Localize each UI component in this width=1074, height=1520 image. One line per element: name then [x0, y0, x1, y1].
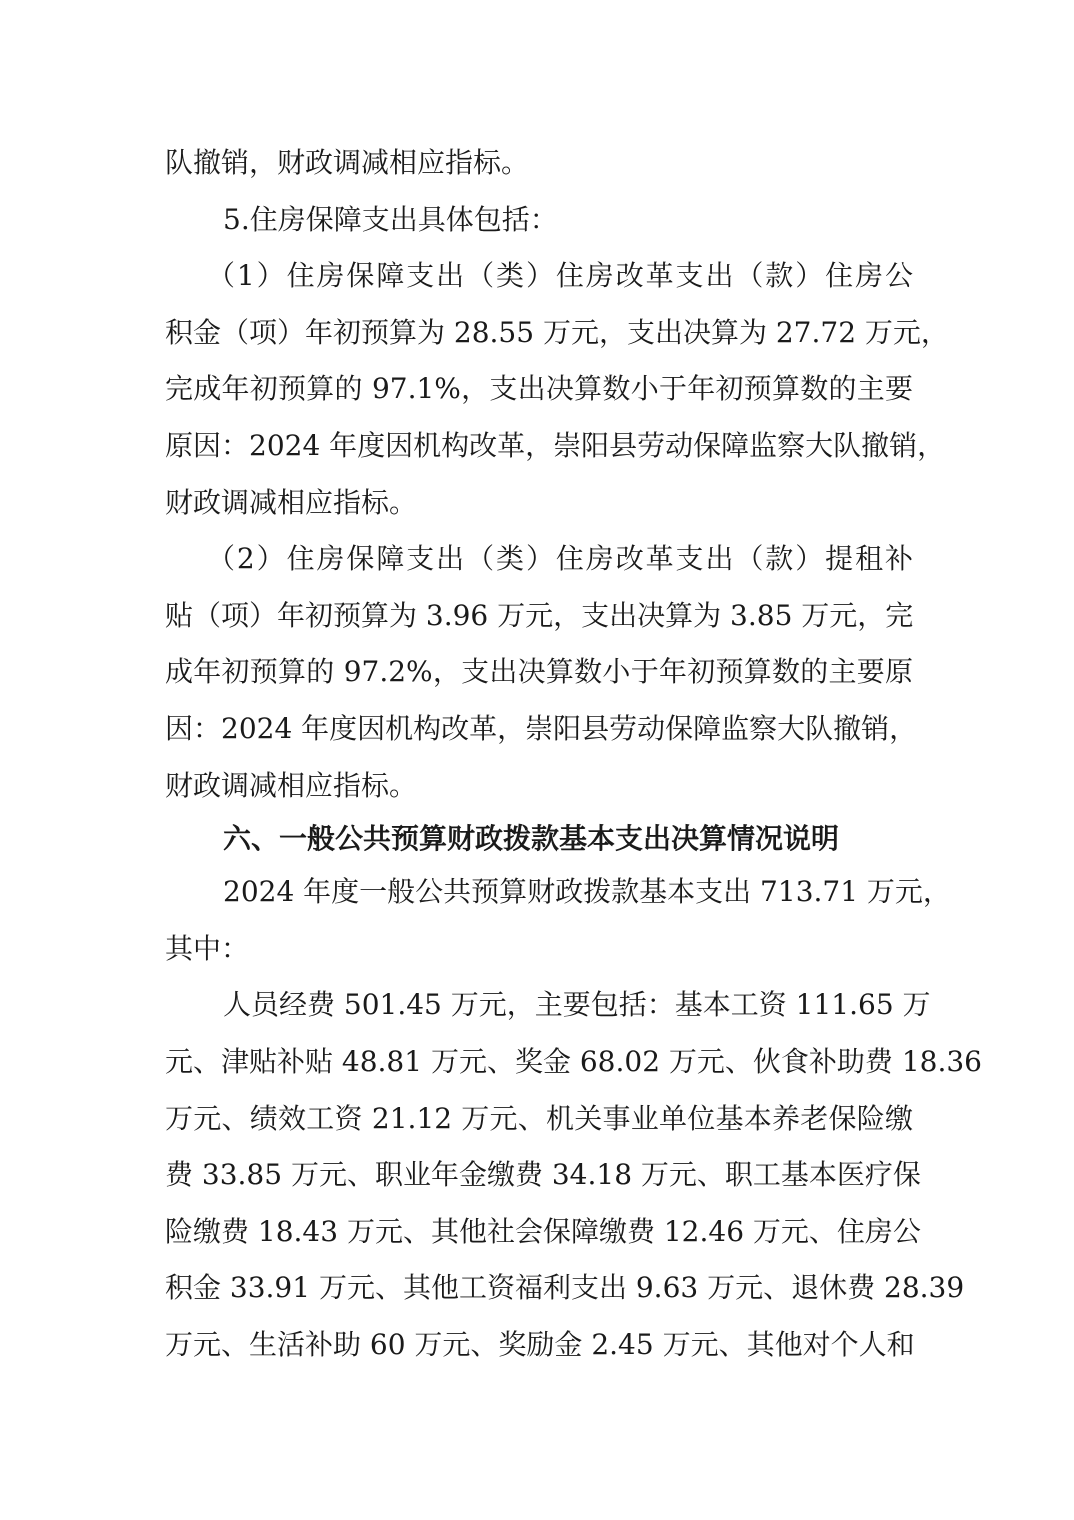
- subsection-title-housing: 5.住房保障支出具体包括：: [165, 192, 913, 249]
- text-line: 人员经费 501.45 万元，主要包括：基本工资 111.65 万: [165, 977, 913, 1034]
- text-line: （1）住房保障支出（类）住房改革支出（款）住房公: [165, 248, 913, 305]
- text-line: 万元、生活补助 60 万元、奖励金 2.45 万元、其他对个人和: [165, 1317, 913, 1374]
- text-line: 成年初预算的 97.2%，支出决算数小于年初预算数的主要原: [165, 644, 913, 701]
- text-line: 积金 33.91 万元、其他工资福利支出 9.63 万元、退休费 28.39: [165, 1260, 913, 1317]
- document-page: 队撤销，财政调减相应指标。 5.住房保障支出具体包括： （1）住房保障支出（类）…: [165, 135, 913, 1373]
- text-line: 因：2024 年度因机构改革，崇阳县劳动保障监察大队撤销，: [165, 701, 913, 758]
- text-line: 万元、绩效工资 21.12 万元、机关事业单位基本养老保险缴: [165, 1091, 913, 1148]
- text-line: （2）住房保障支出（类）住房改革支出（款）提租补: [165, 531, 913, 588]
- text-line: 财政调减相应指标。: [165, 758, 913, 815]
- text-line: 险缴费 18.43 万元、其他社会保障缴费 12.46 万元、住房公: [165, 1204, 913, 1261]
- text-line: 积金（项）年初预算为 28.55 万元，支出决算为 27.72 万元，: [165, 305, 913, 362]
- text-line: 元、津贴补贴 48.81 万元、奖金 68.02 万元、伙食补助费 18.36: [165, 1034, 913, 1091]
- text-line: 2024 年度一般公共预算财政拨款基本支出 713.71 万元，: [165, 864, 913, 921]
- text-line: 其中：: [165, 921, 913, 978]
- text-line: 贴（项）年初预算为 3.96 万元，支出决算为 3.85 万元，完: [165, 588, 913, 645]
- text-line: 队撤销，财政调减相应指标。: [165, 135, 913, 192]
- text-line: 费 33.85 万元、职业年金缴费 34.18 万元、职工基本医疗保: [165, 1147, 913, 1204]
- text-line: 财政调减相应指标。: [165, 475, 913, 532]
- text-line: 原因：2024 年度因机构改革，崇阳县劳动保障监察大队撤销，: [165, 418, 913, 475]
- section-heading: 六、一般公共预算财政拨款基本支出决算情况说明: [165, 814, 913, 864]
- text-line: 完成年初预算的 97.1%，支出决算数小于年初预算数的主要: [165, 361, 913, 418]
